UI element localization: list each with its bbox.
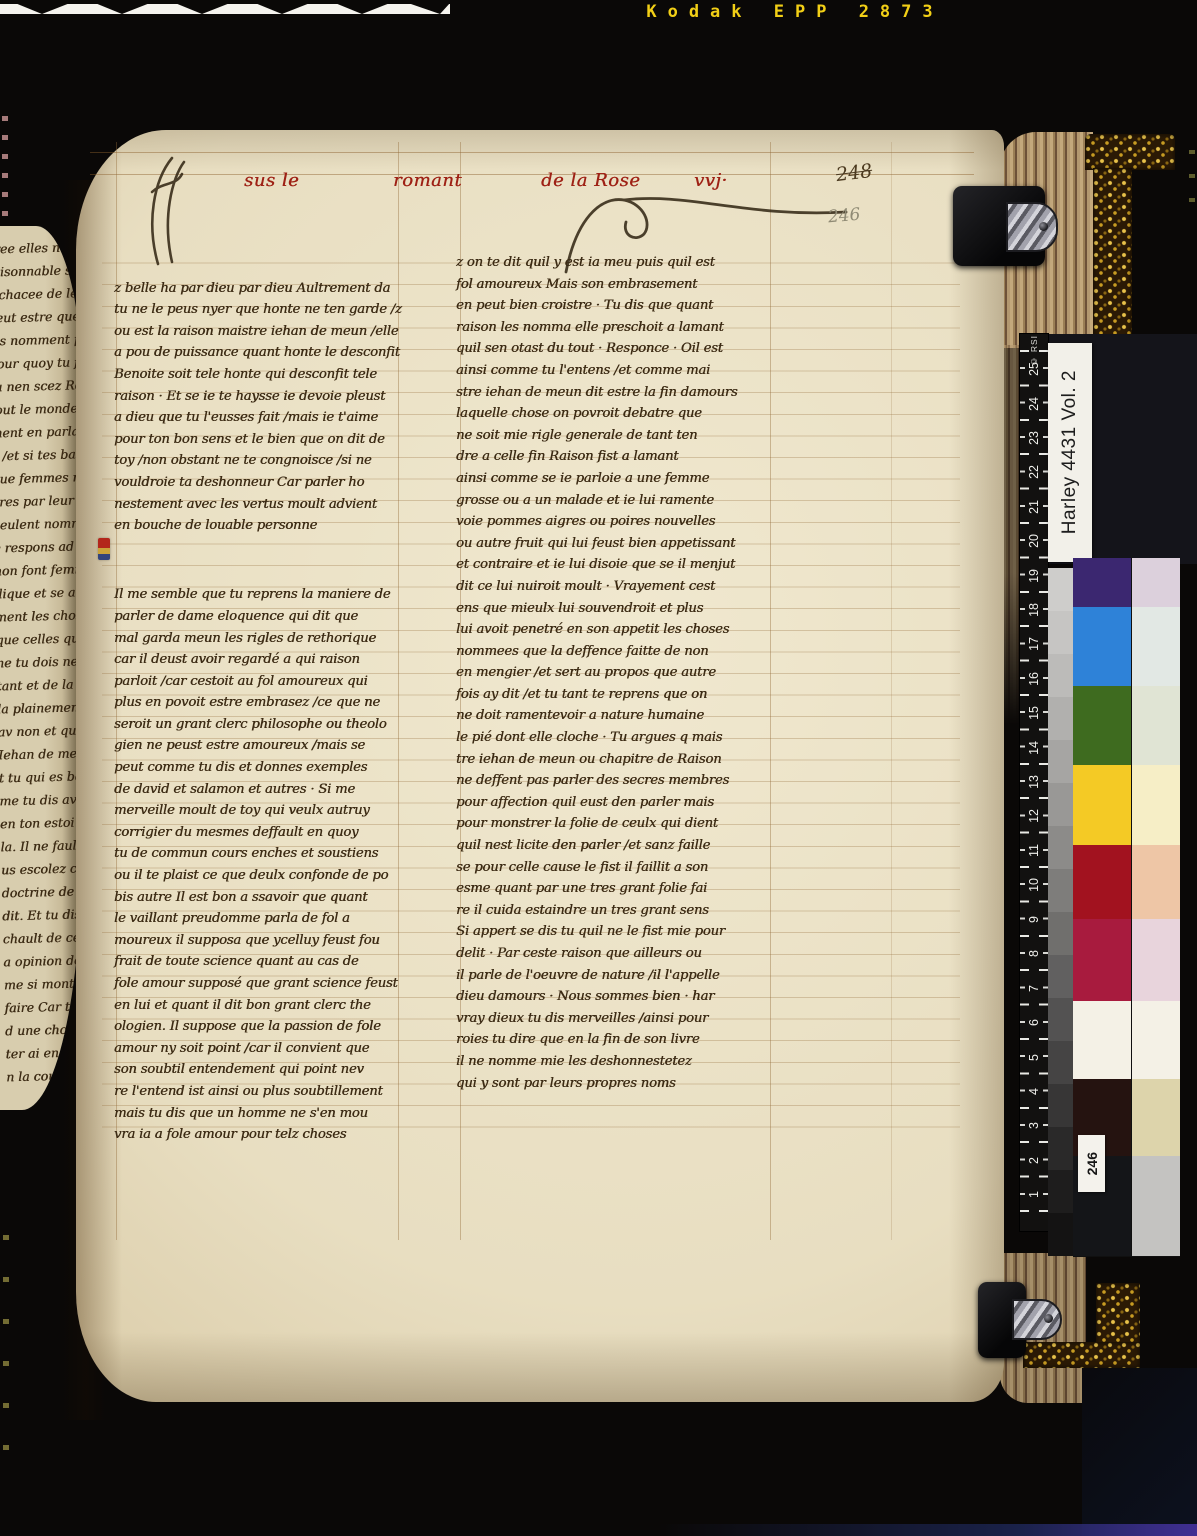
gray-step — [1048, 826, 1073, 869]
ruler-number: 12 — [1020, 799, 1048, 833]
gray-step — [1048, 568, 1073, 611]
gray-step — [1048, 1170, 1073, 1213]
ruler-number: 18 — [1020, 593, 1048, 627]
color-swatch-main — [1073, 686, 1132, 766]
reference-bar: © RSI 2524232221201918171615141312111098… — [1020, 334, 1180, 1256]
ruler-number: 22 — [1020, 455, 1048, 489]
gray-step — [1048, 1213, 1073, 1256]
color-swatch-pale — [1132, 558, 1180, 608]
color-swatch-pale — [1132, 765, 1180, 846]
ruler-number: 14 — [1020, 730, 1048, 764]
page-clip-top-spring — [1006, 202, 1058, 252]
gray-step — [1048, 912, 1073, 955]
manuscript-page: sus le romant de la Rose vvj· 248 246 z … — [76, 130, 1004, 1402]
color-swatch-pale — [1132, 1079, 1180, 1157]
swatch-row — [1073, 558, 1180, 607]
clip-screw-icon — [1039, 222, 1048, 231]
text-column-left: z belle ha par dieu par dieu Aultrement … — [114, 256, 410, 1167]
cm-ruler: © RSI 2524232221201918171615141312111098… — [1020, 334, 1048, 1231]
ruler-number: 15 — [1020, 696, 1048, 730]
swatch-row — [1073, 607, 1180, 686]
manuscript-photograph: Kodak EPP 2873 gree elles ne la raisonna… — [0, 0, 1197, 1536]
gray-step — [1048, 955, 1073, 998]
color-swatch-main — [1073, 558, 1132, 608]
ruler-number: 6 — [1020, 1005, 1048, 1039]
ruler-number: 23 — [1020, 421, 1048, 455]
folio-sticker: 246 — [1078, 1135, 1105, 1192]
ruler-number: 24 — [1020, 386, 1048, 420]
color-swatch-pale — [1132, 607, 1180, 687]
color-swatch-pale — [1132, 919, 1180, 1002]
film-edge-dots-left-lower — [3, 1235, 9, 1470]
ruler-number: 20 — [1020, 524, 1048, 558]
color-swatch-main — [1073, 607, 1132, 687]
ruler-number: 21 — [1020, 490, 1048, 524]
book-fore-edge-sliver — [1003, 345, 1021, 725]
running-title-part3: de la Rose — [541, 170, 640, 191]
ruler-number: 10 — [1020, 868, 1048, 902]
gray-step — [1048, 783, 1073, 826]
color-swatch-main — [1073, 765, 1132, 846]
swatch-row — [1073, 1001, 1180, 1079]
ruler-number: 4 — [1020, 1074, 1048, 1108]
shelfmark-label: Harley 4431 Vol. 2 — [1048, 343, 1092, 562]
gilt-gauffered-edge-bottom — [1023, 1342, 1140, 1368]
color-swatch-main — [1073, 1001, 1132, 1080]
ruler-number: 1 — [1020, 1177, 1048, 1211]
ruler-number: 25 — [1020, 352, 1048, 386]
page-clip-bottom-spring — [1012, 1299, 1062, 1340]
ruler-number: 7 — [1020, 971, 1048, 1005]
folio-number-pencil: 246 — [827, 205, 861, 228]
gray-step — [1048, 1041, 1073, 1084]
background-corner-shade — [1082, 1368, 1197, 1536]
paragraph-1: z belle ha par dieu par dieu Aultrement … — [114, 278, 410, 537]
paragraph-2: Il me semble que tu reprens la maniere d… — [114, 584, 410, 1145]
header-ruled-line — [90, 152, 974, 153]
film-camera-label: Kodak EPP 2873 — [560, 2, 1030, 22]
gray-step — [1048, 869, 1073, 912]
swatch-row — [1073, 919, 1180, 1001]
gray-step — [1048, 740, 1073, 783]
running-title-part2: romant — [393, 170, 462, 191]
gray-step — [1048, 697, 1073, 740]
gilt-gauffered-edge-top-band — [1093, 168, 1132, 350]
swatch-row — [1073, 845, 1180, 919]
running-title-part1: sus le — [244, 170, 299, 191]
pen-flourish-icon — [132, 152, 194, 270]
ruler-number: 13 — [1020, 765, 1048, 799]
swatch-row — [1073, 765, 1180, 845]
ruler-number: 16 — [1020, 662, 1048, 696]
gray-step — [1048, 611, 1073, 654]
folio-number-crossed-out: 248 — [835, 160, 874, 186]
ruler-number: 19 — [1020, 558, 1048, 592]
color-swatch-main — [1073, 845, 1132, 920]
folio-sticker-text: 246 — [1084, 1152, 1100, 1175]
ruler-numbers: 2524232221201918171615141312111098765432… — [1020, 352, 1048, 1212]
gray-step — [1048, 654, 1073, 697]
gray-step — [1048, 998, 1073, 1041]
shelfmark-text: Harley 4431 Vol. 2 — [1059, 370, 1081, 534]
film-edge-dots-right-upper — [1189, 150, 1195, 220]
ruler-number: 5 — [1020, 1040, 1048, 1074]
text-column-right: z on te dit quil y est ia meu puis quil … — [456, 252, 778, 1094]
paraph-mark-icon — [98, 538, 110, 560]
gray-scale-strip — [1048, 568, 1073, 1256]
film-sprocket-zigzag — [0, 0, 450, 14]
color-swatch-pale — [1132, 686, 1180, 766]
running-title-number: vvj· — [694, 170, 728, 191]
gray-step — [1048, 1084, 1073, 1127]
ruler-number: 11 — [1020, 833, 1048, 867]
ruler-number: 17 — [1020, 627, 1048, 661]
ruler-number: 9 — [1020, 902, 1048, 936]
color-swatch-pale — [1132, 845, 1180, 920]
color-swatch-pale — [1132, 1156, 1180, 1257]
margin-rule — [891, 142, 892, 1240]
color-swatch-pale — [1132, 1001, 1180, 1080]
gray-step — [1048, 1127, 1073, 1170]
ruler-number: 3 — [1020, 1109, 1048, 1143]
ruler-number: 8 — [1020, 937, 1048, 971]
film-bottom-edge-glow — [0, 1524, 1197, 1536]
gilt-gauffered-edge-top — [1085, 134, 1175, 170]
color-swatch-main — [1073, 919, 1132, 1002]
clip-screw-icon — [1044, 1314, 1053, 1323]
swatch-row — [1073, 686, 1180, 765]
ruler-number: 2 — [1020, 1143, 1048, 1177]
